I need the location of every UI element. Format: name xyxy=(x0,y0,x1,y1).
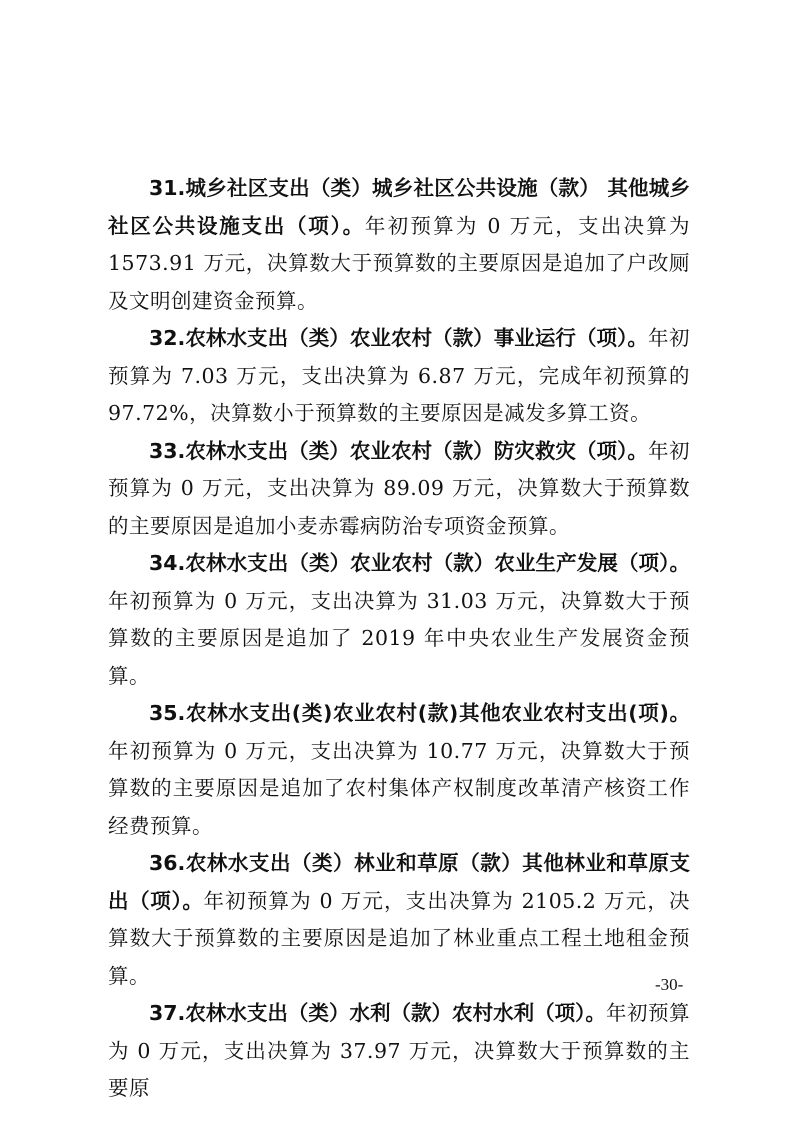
paragraph-heading: 34.农林水支出（类）农业农村（款）农业生产发展（项）。 xyxy=(149,551,690,575)
paragraph-35: 35.农林水支出(类)农业农村(款)其他农业农村支出(项)。年初预算为 0 万元… xyxy=(108,695,690,845)
document-body: 31.城乡社区支出（类）城乡社区公共设施（款） 其他城乡社区公共设施支出（项）。… xyxy=(108,170,690,1108)
paragraph-34: 34.农林水支出（类）农业农村（款）农业生产发展（项）。年初预算为 0 万元，支… xyxy=(108,545,690,695)
paragraph-32: 32.农林水支出（类）农业农村（款）事业运行（项）。年初预算为 7.03 万元，… xyxy=(108,320,690,433)
paragraph-33: 33.农林水支出（类）农业农村（款）防灾救灾（项）。年初预算为 0 万元，支出决… xyxy=(108,433,690,546)
paragraph-heading: 37.农林水支出（类）水利（款）农村水利（项）。 xyxy=(149,1001,606,1025)
paragraph-text: 年初预算为 0 万元，支出决算为 10.77 万元，决算数大于预算数的主要原因是… xyxy=(108,739,690,838)
paragraph-text: 年初预算为 0 万元，支出决算为 31.03 万元，决算数大于预算数的主要原因是… xyxy=(108,589,690,688)
paragraph-heading: 33.农林水支出（类）农业农村（款）防灾救灾（项）。 xyxy=(149,439,648,463)
paragraph-37: 37.农林水支出（类）水利（款）农村水利（项）。年初预算为 0 万元，支出决算为… xyxy=(108,995,690,1108)
paragraph-31: 31.城乡社区支出（类）城乡社区公共设施（款） 其他城乡社区公共设施支出（项）。… xyxy=(108,170,690,320)
paragraph-heading: 35.农林水支出(类)农业农村(款)其他农业农村支出(项)。 xyxy=(149,701,690,725)
page-number: -30- xyxy=(655,975,683,995)
paragraph-heading: 32.农林水支出（类）农业农村（款）事业运行（项）。 xyxy=(149,326,648,350)
paragraph-36: 36.农林水支出（类）林业和草原（款）其他林业和草原支出（项）。年初预算为 0 … xyxy=(108,845,690,995)
